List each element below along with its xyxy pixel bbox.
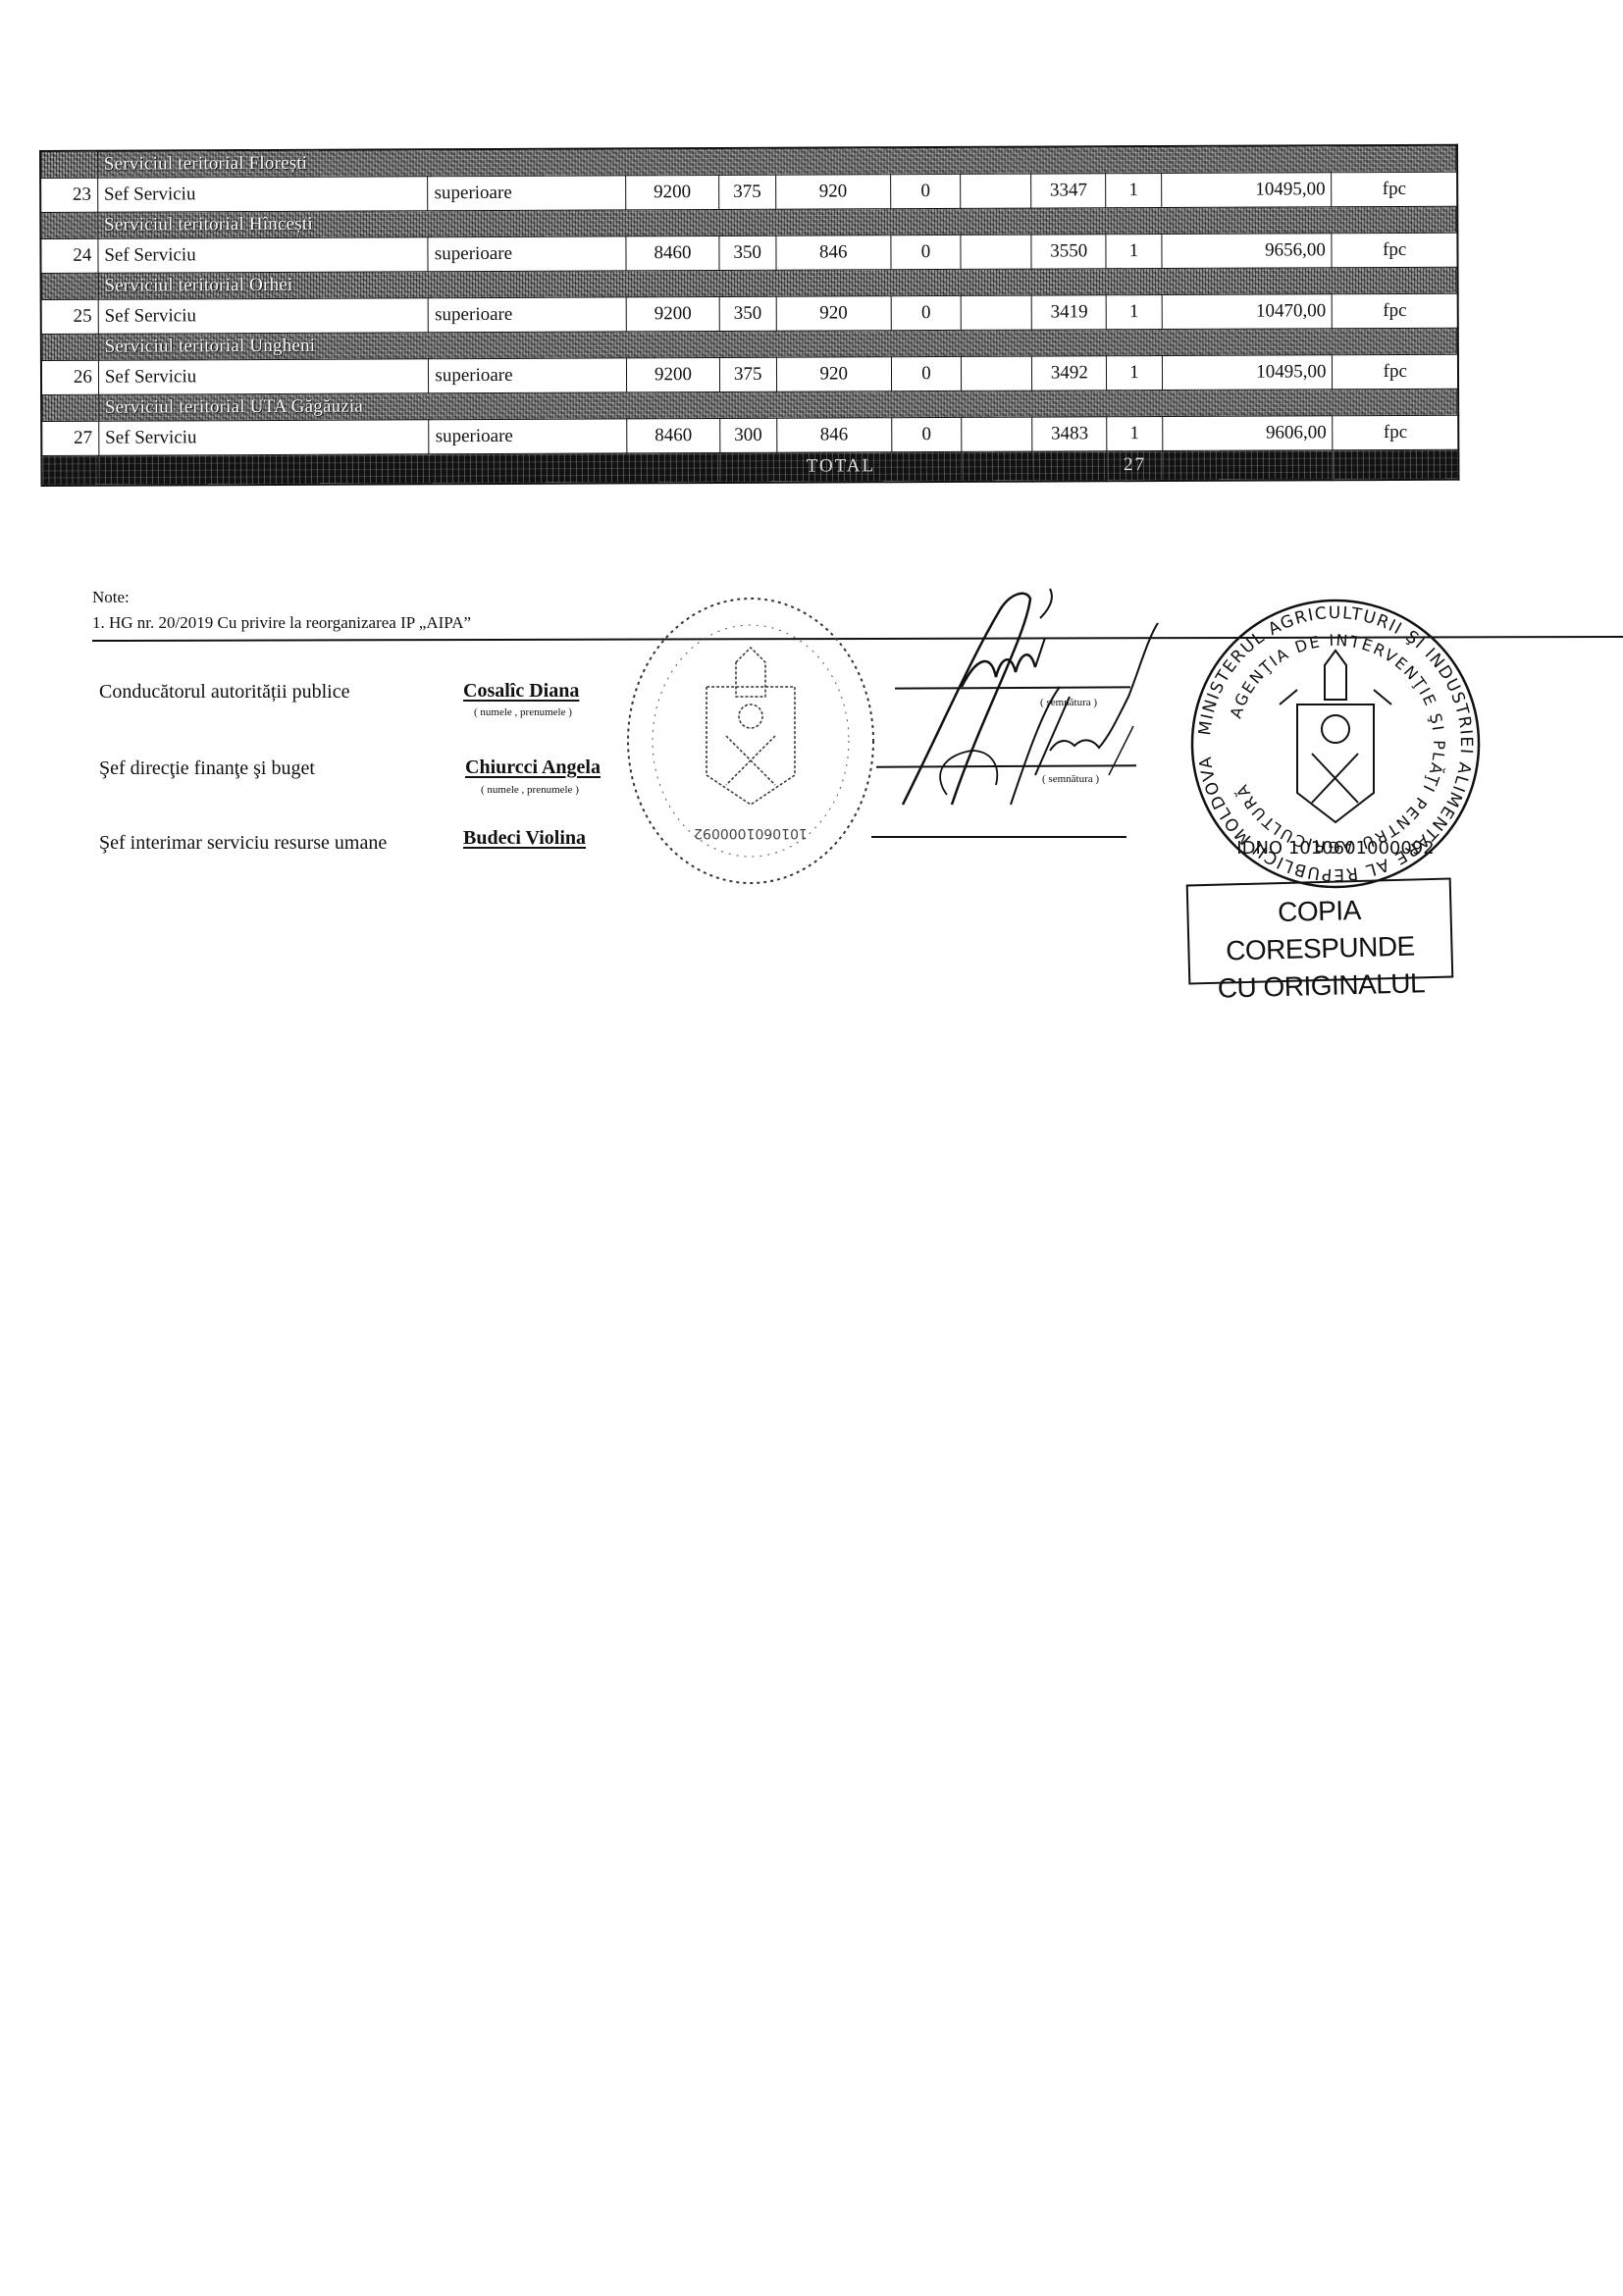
faded-official-stamp-icon: 1010601000092 (618, 589, 883, 893)
category-cell: superioare (429, 419, 627, 454)
row-number: 26 (41, 360, 98, 394)
col9-cell: 3347 (1031, 174, 1106, 208)
units-cell: 1 (1106, 174, 1161, 208)
salary-cell: 8460 (627, 418, 719, 452)
units-cell: 1 (1107, 417, 1162, 451)
type-cell: fpc (1333, 415, 1458, 450)
col7-cell: 0 (891, 417, 962, 451)
salary-cell: 8460 (626, 235, 718, 270)
total-cell: 9606,00 (1162, 416, 1333, 451)
salary-cell: 9200 (627, 296, 719, 331)
salary-cell: 9200 (627, 357, 719, 391)
signature-role: Şef interimar serviciu resurse umane (99, 832, 387, 855)
signatory-name: Budeci Violina (463, 827, 586, 850)
section-index-cell (40, 212, 97, 238)
official-round-stamp-icon: MINISTERUL AGRICULTURII ŞI INDUSTRIEI AL… (1189, 597, 1482, 891)
row-number: 24 (40, 238, 97, 273)
col9-cell: 3483 (1032, 417, 1107, 451)
position-cell: Sef Serviciu (98, 359, 429, 394)
copy-stamp-line1: COPIA CORESPUNDE (1188, 890, 1451, 971)
col6-cell: 920 (776, 357, 891, 392)
row-number: 27 (41, 421, 98, 455)
col5-cell: 375 (718, 175, 775, 209)
units-cell: 1 (1106, 235, 1161, 269)
col5-cell: 375 (719, 357, 776, 391)
position-cell: Sef Serviciu (98, 237, 429, 273)
col9-cell: 3550 (1031, 235, 1106, 269)
col8-cell (962, 356, 1032, 391)
section-index-cell (40, 151, 97, 179)
type-cell: fpc (1333, 293, 1458, 329)
category-cell: superioare (429, 297, 627, 333)
section-index-cell (41, 273, 98, 299)
notes: Note: 1. HG nr. 20/2019 Cu privire la re… (92, 585, 471, 636)
total-cell: 9656,00 (1161, 234, 1332, 269)
salary-cell: 9200 (626, 175, 718, 209)
units-cell: 1 (1107, 356, 1162, 391)
total-spacer (99, 452, 720, 485)
staff-table: Serviciul teritorial Florești 23 Sef Ser… (39, 144, 1459, 487)
col8-cell (962, 295, 1032, 330)
name-hint: ( numele , prenumele ) (481, 784, 579, 796)
section-index-cell (41, 334, 98, 360)
signature-role: Şef direcţie finanţe şi buget (99, 757, 315, 780)
copy-stamp-line2: CU ORIGINALUL (1190, 965, 1452, 1009)
total-spacer (1032, 451, 1107, 481)
signature-role: Conducătorul autorității publice (99, 681, 350, 704)
total-label: TOTAL (719, 451, 962, 482)
copy-conforms-stamp: COPIA CORESPUNDE CU ORIGINALUL (1186, 877, 1454, 984)
total-units: 27 (1107, 451, 1162, 481)
name-hint: ( numele , prenumele ) (474, 706, 572, 718)
section-index-cell (41, 394, 98, 421)
category-cell: superioare (428, 176, 626, 211)
total-row: TOTAL 27 (41, 449, 1458, 485)
col5-cell: 350 (718, 235, 775, 270)
stamp-idno: IDNO 1010601000092 (1236, 838, 1434, 859)
col5-cell: 350 (719, 296, 776, 331)
notes-heading: Note: (92, 585, 471, 610)
col6-cell: 920 (776, 175, 891, 210)
units-cell: 1 (1107, 295, 1162, 330)
col8-cell (961, 174, 1031, 208)
col6-cell: 920 (776, 296, 891, 332)
stamp-inner-text: AGENŢIA DE INTERVENŢIE ŞI PLĂŢI PENTRU A… (1227, 631, 1448, 857)
signature-line (871, 836, 1126, 838)
total-spacer (962, 451, 1032, 481)
total-cell: 10470,00 (1162, 294, 1333, 330)
type-cell: fpc (1332, 172, 1457, 207)
total-spacer (1333, 449, 1458, 480)
type-cell: fpc (1332, 233, 1457, 268)
note-item: 1. HG nr. 20/2019 Cu privire la reorgani… (92, 610, 471, 636)
col7-cell: 0 (891, 356, 962, 391)
col6-cell: 846 (776, 235, 891, 271)
col8-cell (962, 417, 1032, 451)
category-cell: superioare (428, 236, 626, 272)
col7-cell: 0 (891, 295, 962, 330)
total-index-cell (41, 455, 98, 485)
col7-cell: 0 (890, 174, 961, 208)
signatory-name: Chiurcci Angela (465, 757, 601, 779)
type-cell: fpc (1333, 354, 1458, 390)
total-cell: 10495,00 (1161, 173, 1332, 208)
row-number: 23 (40, 178, 97, 212)
svg-text:AGENŢIA DE INTERVENŢIE ŞI PLĂŢ: AGENŢIA DE INTERVENŢIE ŞI PLĂŢI PENTRU A… (1227, 631, 1448, 857)
position-cell: Sef Serviciu (97, 177, 428, 212)
svg-text:1010601000092: 1010601000092 (694, 825, 808, 841)
row-number: 25 (41, 299, 98, 334)
position-cell: Sef Serviciu (99, 420, 430, 455)
col7-cell: 0 (890, 235, 961, 269)
position-cell: Sef Serviciu (98, 298, 429, 334)
col9-cell: 3492 (1032, 356, 1107, 391)
category-cell: superioare (429, 358, 627, 393)
col8-cell (961, 235, 1031, 269)
col9-cell: 3419 (1031, 295, 1106, 330)
col6-cell: 846 (777, 418, 892, 453)
signatory-name: Cosalîc Diana (463, 680, 579, 703)
total-cell: 10495,00 (1162, 355, 1333, 391)
handwritten-signature-icon (864, 579, 1178, 834)
col5-cell: 300 (719, 418, 776, 452)
total-spacer (1162, 450, 1333, 481)
